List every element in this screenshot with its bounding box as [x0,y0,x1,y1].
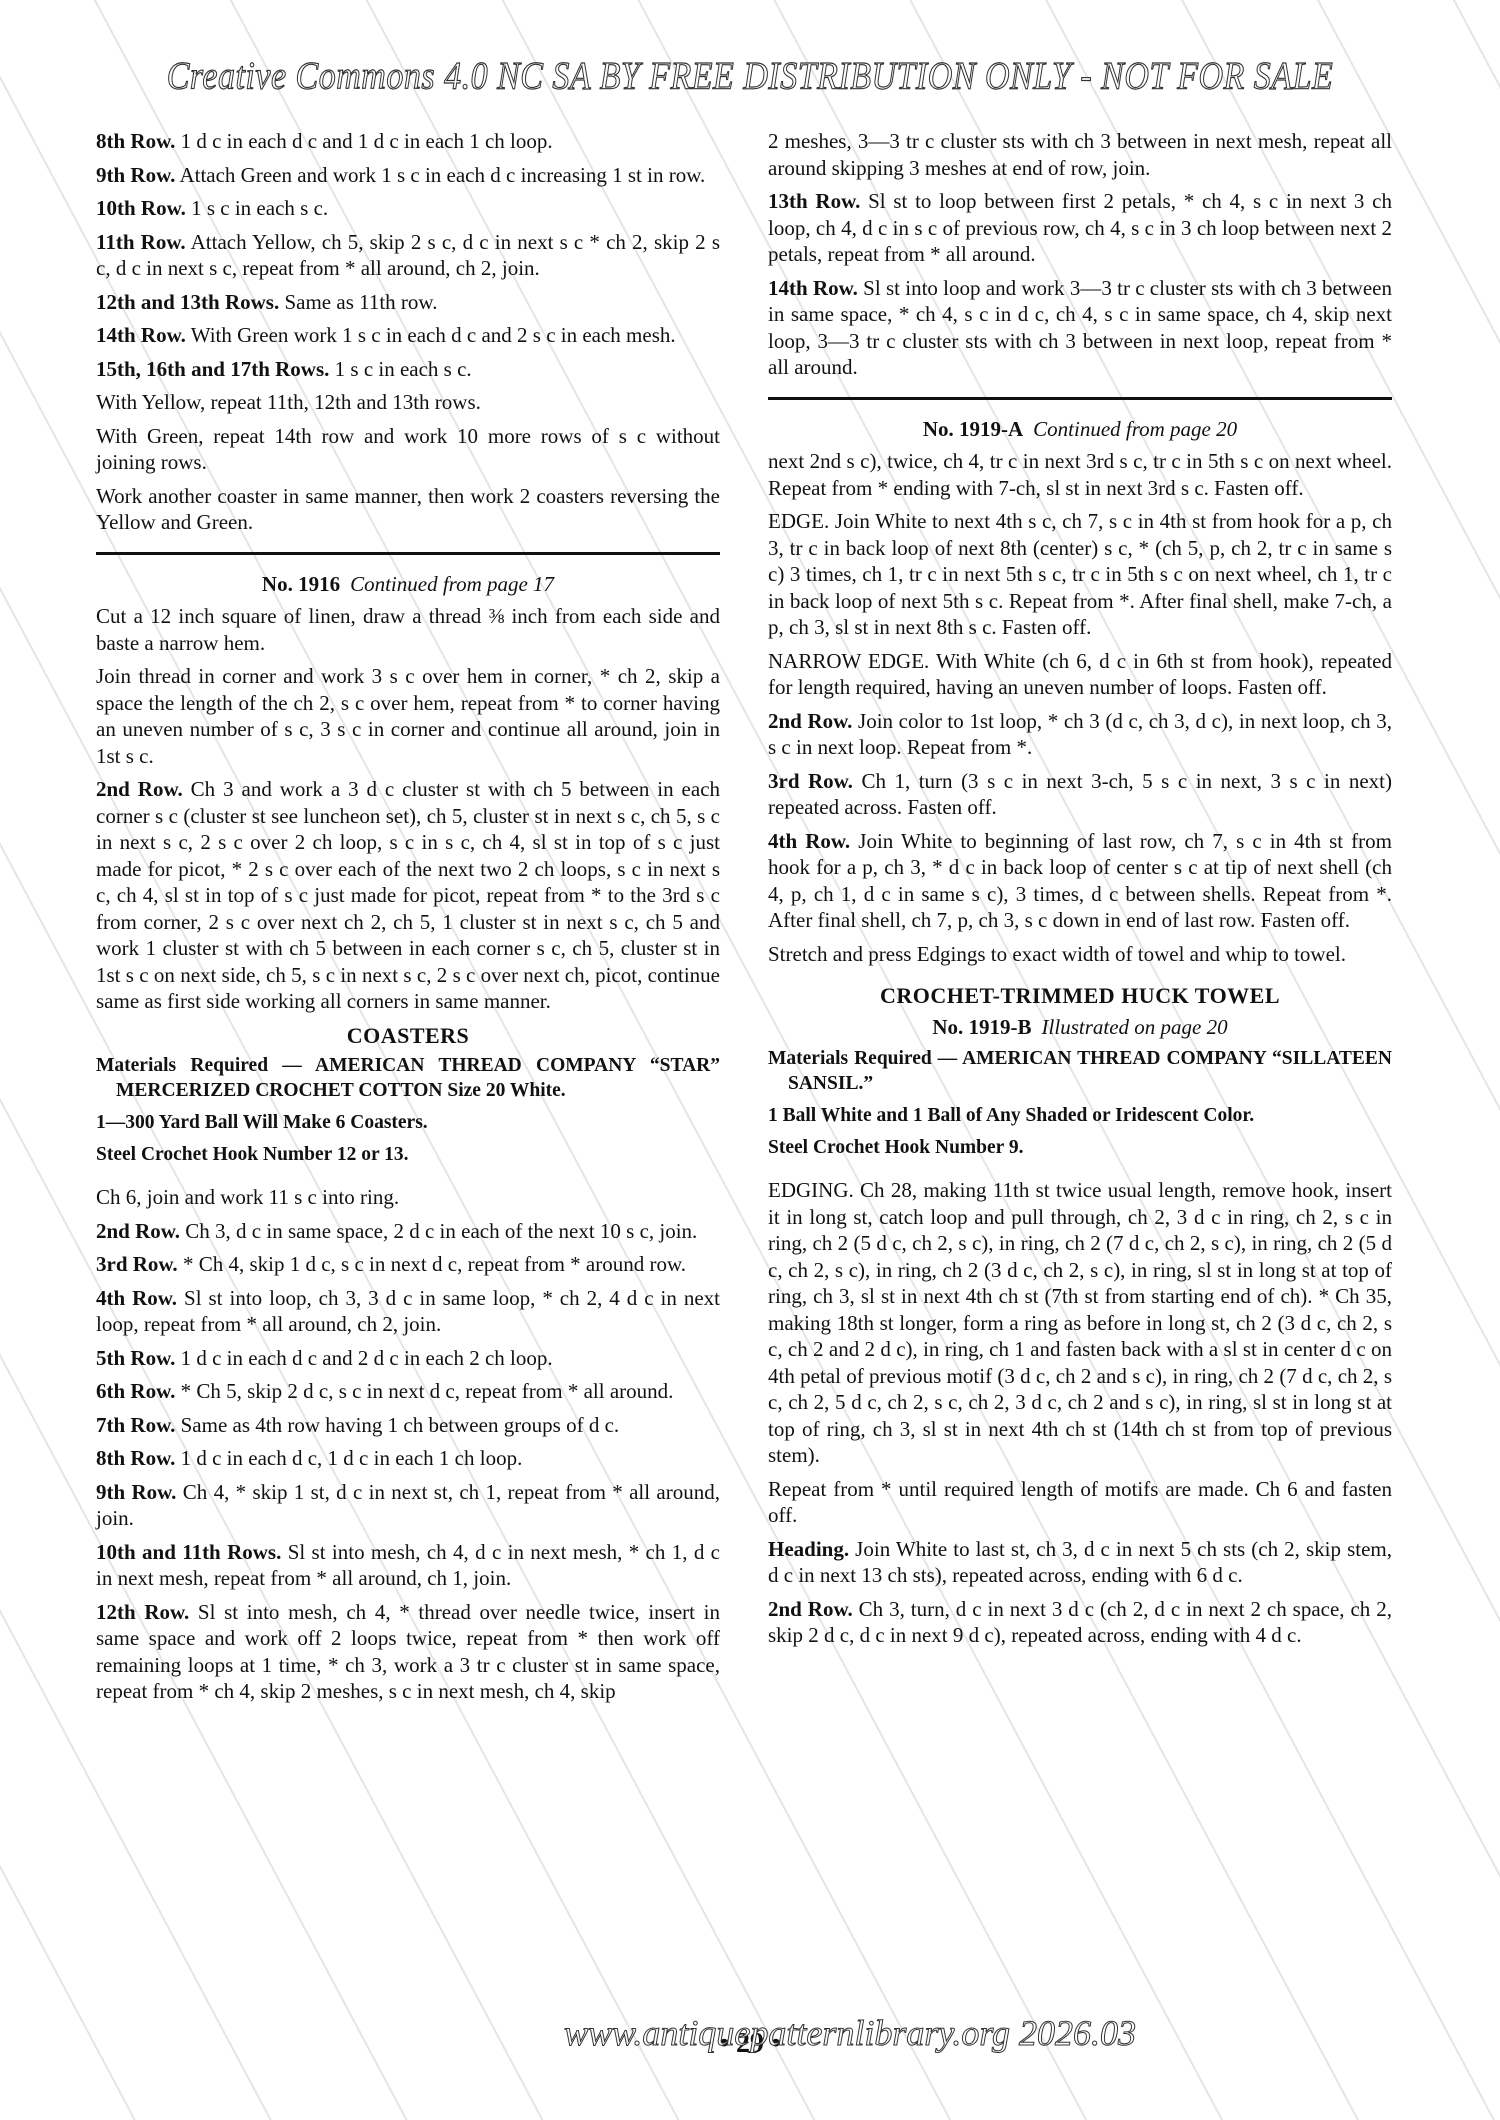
row-paragraph: 2nd Row. Join color to 1st loop, * ch 3 … [768,708,1392,761]
section-heading-1919b: No. 1919-BIllustrated on page 20 [768,1014,1392,1041]
section-divider [768,397,1392,400]
materials-line: Steel Crochet Hook Number 12 or 13. [96,1142,720,1167]
row-paragraph: Work another coaster in same manner, the… [96,483,720,536]
row-paragraph: 4th Row. Sl st into loop, ch 3, 3 d c in… [96,1285,720,1338]
left-column: 8th Row. 1 d c in each d c and 1 d c in … [96,128,720,1712]
materials-line: Materials Required — AMERICAN THREAD COM… [768,1046,1392,1096]
row-paragraph: 14th Row. Sl st into loop and work 3—3 t… [768,275,1392,381]
row-paragraph: 3rd Row. * Ch 4, skip 1 d c, s c in next… [96,1251,720,1278]
row-paragraph: 15th, 16th and 17th Rows. 1 s c in each … [96,356,720,383]
materials-line: Materials Required — AMERICAN THREAD COM… [96,1053,720,1103]
instruction-paragraph: NARROW EDGE. With White (ch 6, d c in 6t… [768,648,1392,701]
instruction-paragraph: next 2nd s c), twice, ch 4, tr c in next… [768,448,1392,501]
instruction-paragraph: Cut a 12 inch square of linen, draw a th… [96,603,720,656]
instruction-paragraph: Join thread in corner and work 3 s c ove… [96,663,720,769]
coasters-title: COASTERS [96,1023,720,1050]
materials-line: 1 Ball White and 1 Ball of Any Shaded or… [768,1103,1392,1128]
row-paragraph: 3rd Row. Ch 1, turn (3 s c in next 3-ch,… [768,768,1392,821]
pattern-number: No. 1919-B [932,1015,1031,1039]
row-paragraph: 8th Row. 1 d c in each d c and 1 d c in … [96,128,720,155]
instruction-paragraph: EDGING. Ch 28, making 11th st twice usua… [768,1177,1392,1469]
section-divider [96,552,720,555]
right-column: 2 meshes, 3—3 tr c cluster sts with ch 3… [768,128,1392,1656]
pattern-number: No. 1919-A [923,417,1023,441]
row-paragraph: With Green, repeat 14th row and work 10 … [96,423,720,476]
instruction-paragraph: 2nd Row. Ch 3 and work a 3 d c cluster s… [96,776,720,1015]
row-paragraph: 11th Row. Attach Yellow, ch 5, skip 2 s … [96,229,720,282]
coaster-continuation-rows: 8th Row. 1 d c in each d c and 1 d c in … [96,128,720,536]
row-paragraph: With Yellow, repeat 11th, 12th and 13th … [96,389,720,416]
row-paragraph: 9th Row. Attach Green and work 1 s c in … [96,162,720,189]
license-watermark-banner: Creative Commons 4.0 NC SA BY FREE DISTR… [0,55,1500,99]
continued-note: Continued from page 20 [1033,417,1237,441]
instruction-paragraph: Stretch and press Edgings to exact width… [768,941,1392,968]
illustrated-note: Illustrated on page 20 [1042,1015,1228,1039]
continued-note: Continued from page 17 [350,572,554,596]
row-paragraph: 8th Row. 1 d c in each d c, 1 d c in eac… [96,1445,720,1472]
instruction-paragraph: EDGE. Join White to next 4th s c, ch 7, … [768,508,1392,641]
row-paragraph: 10th Row. 1 s c in each s c. [96,195,720,222]
materials-line: 1—300 Yard Ball Will Make 6 Coasters. [96,1110,720,1135]
materials-line: Steel Crochet Hook Number 9. [768,1135,1392,1160]
huck-towel-title: CROCHET-TRIMMED HUCK TOWEL [768,983,1392,1010]
row-paragraph: 12th Row. Sl st into mesh, ch 4, * threa… [96,1599,720,1705]
row-paragraph: 12th and 13th Rows. Same as 11th row. [96,289,720,316]
row-paragraph: Heading. Join White to last st, ch 3, d … [768,1536,1392,1589]
row-paragraph: 6th Row. * Ch 5, skip 2 d c, s c in next… [96,1378,720,1405]
row-paragraph: 2 meshes, 3—3 tr c cluster sts with ch 3… [768,128,1392,181]
row-paragraph: 2nd Row. Ch 3, turn, d c in next 3 d c (… [768,1596,1392,1649]
row-paragraph: 14th Row. With Green work 1 s c in each … [96,322,720,349]
row-paragraph: Ch 6, join and work 11 s c into ring. [96,1184,720,1211]
row-paragraph: 4th Row. Join White to beginning of last… [768,828,1392,934]
row-paragraph: 13th Row. Sl st to loop between first 2 … [768,188,1392,268]
pattern-number: No. 1916 [262,572,340,596]
row-paragraph: 5th Row. 1 d c in each d c and 2 d c in … [96,1345,720,1372]
section-heading-1916: No. 1916Continued from page 17 [96,571,720,598]
row-paragraph: 2nd Row. Ch 3, d c in same space, 2 d c … [96,1218,720,1245]
library-watermark-footer: www.antiquepatternlibrary.org 2026.03 [0,2012,1500,2054]
row-paragraph: 7th Row. Same as 4th row having 1 ch bet… [96,1412,720,1439]
row-paragraph: 10th and 11th Rows. Sl st into mesh, ch … [96,1539,720,1592]
row-paragraph: 9th Row. Ch 4, * skip 1 st, d c in next … [96,1479,720,1532]
section-heading-1919a: No. 1919-AContinued from page 20 [768,416,1392,443]
instruction-paragraph: Repeat from * until required length of m… [768,1476,1392,1529]
